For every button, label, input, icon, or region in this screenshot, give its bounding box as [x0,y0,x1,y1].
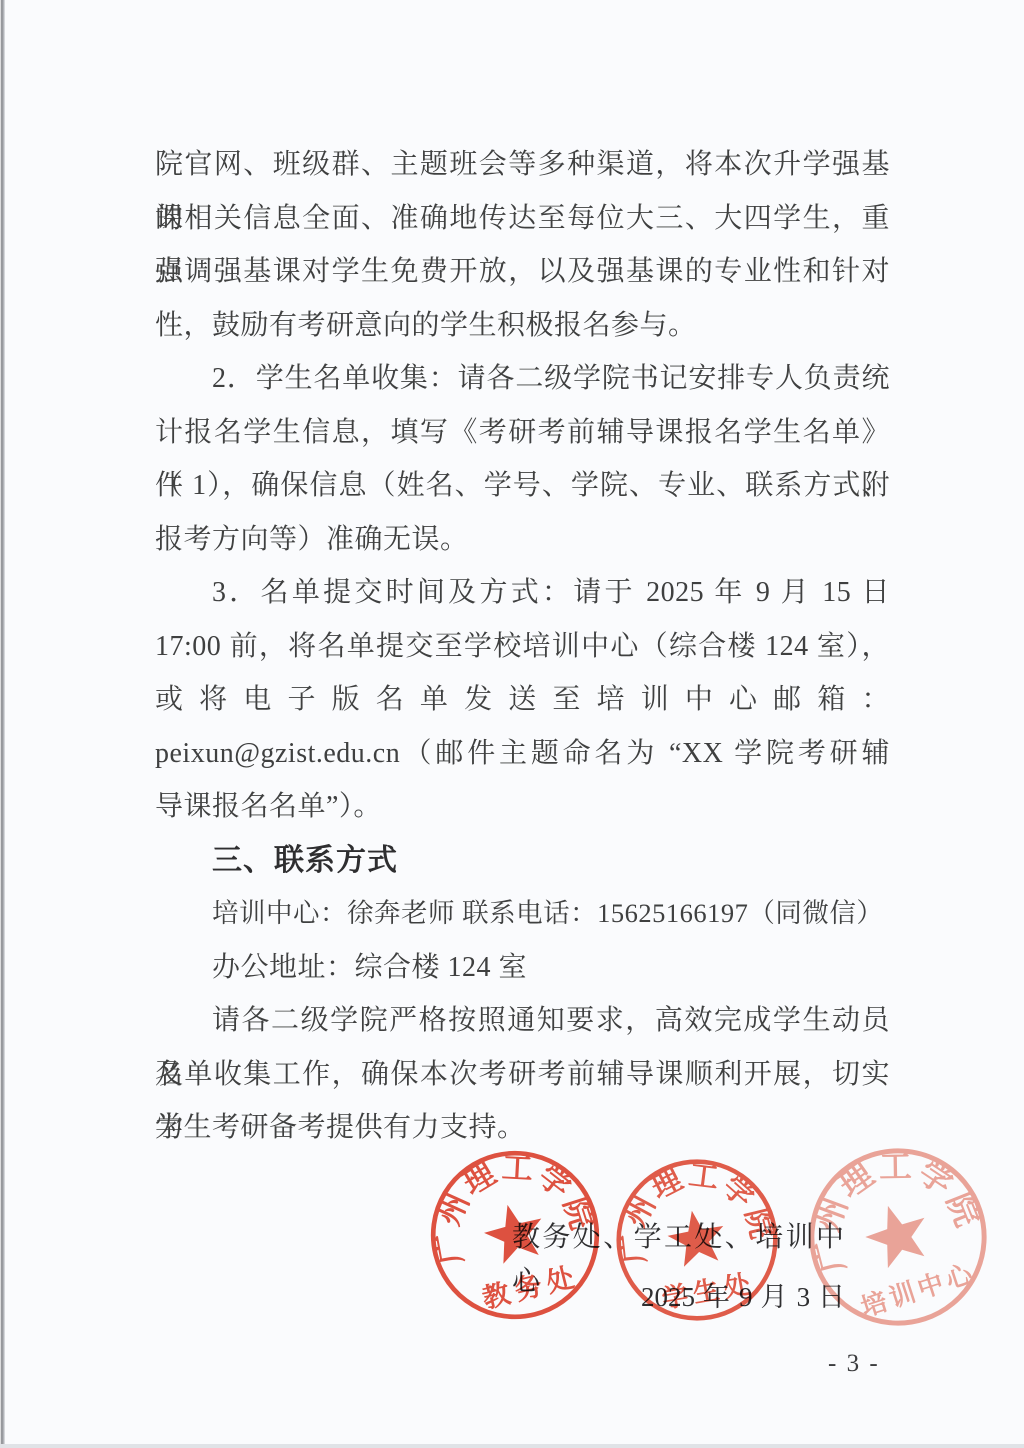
text-line: 2．学生名单收集：请各二级学院书记安排专人负责统 [155,352,890,406]
text-line: 强调强基课对学生免费开放，以及强基课的专业性和针对 [155,245,890,299]
official-stamp-jiaowuchu: 广州理工学院 教务处 [401,1121,629,1349]
text-line: 名单收集工作，确保本次考研考前辅导课顺利开展，切实为 [155,1048,890,1102]
official-stamp-xueshengchu: 广州理工学院 学生处 [593,1136,802,1345]
section-heading-contact: 三、联系方式 [155,834,890,888]
star-icon [479,1198,550,1267]
scan-edge-bottom [0,1444,1024,1448]
text-line: 导课报名名单”）。 [155,780,890,834]
text-line: 的相关信息全面、准确地传达至每位大三、大四学生，重点 [155,192,890,246]
contact-phone-line: 培训中心：徐奔老师 联系电话：15625166197（同微信） [155,887,890,941]
stamp-dept-text: 培训中心 [857,1257,979,1322]
text-line: 计报名学生信息，填写《考研考前辅导课报名学生名单》（附 [155,406,890,460]
star-icon [664,1206,729,1269]
contact-address-line: 办公地址：综合楼 124 室 [155,941,890,995]
text-line: 或将电子版名单发送至培训中心邮箱： [155,673,890,727]
scanned-notice-page: 院官网、班级群、主题班会等多种渠道，将本次升学强基课 的相关信息全面、准确地传达… [0,0,1024,1448]
document-body: 院官网、班级群、主题班会等多种渠道，将本次升学强基课 的相关信息全面、准确地传达… [155,138,890,1155]
text-line: peixun@gzist.edu.cn（邮件主题命名为 “XX 学院考研辅 [155,727,890,781]
scan-edge-left [0,0,5,1448]
text-line: 报考方向等）准确无误。 [155,513,890,567]
stamp-dept-text: 学生处 [660,1269,758,1314]
text-line: 院官网、班级群、主题班会等多种渠道，将本次升学强基课 [155,138,890,192]
star-icon [858,1196,935,1271]
text-line: 件 1），确保信息（姓名、学号、学院、专业、联系方式、 [155,459,890,513]
text-line: 17:00 前，将名单提交至学校培训中心（综合楼 124 室）， [155,620,890,674]
text-line: 3．名单提交时间及方式：请于 2025 年 9 月 15 日 [155,566,890,620]
stamp-dept-text: 教务处 [480,1261,583,1314]
page-number: - 3 - [828,1350,880,1378]
text-line: 性，鼓励有考研意向的学生积极报名参与。 [155,299,890,353]
text-line: 请各二级学院严格按照通知要求，高效完成学生动员及 [155,994,890,1048]
